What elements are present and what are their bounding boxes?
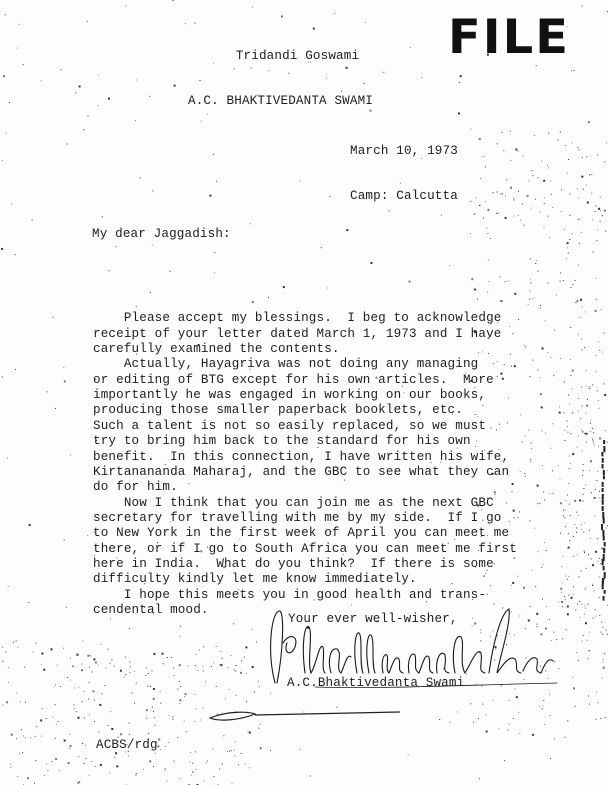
- signature-flourish-line: [0, 0, 608, 785]
- reference-initials: ACBS/rdg: [96, 738, 158, 753]
- letter-page: Tridandi Goswami A.C. BHAKTIVEDANTA SWAM…: [0, 0, 608, 785]
